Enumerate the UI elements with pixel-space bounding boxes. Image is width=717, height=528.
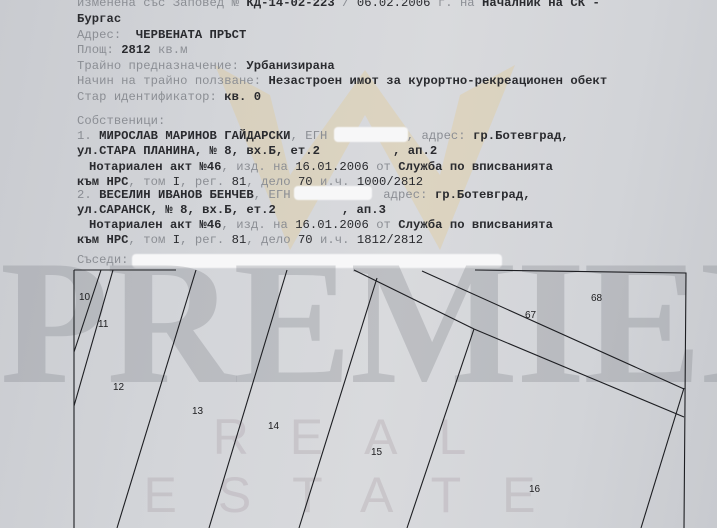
parcel-label-13: 13 <box>192 406 204 417</box>
cadastral-sketch: 10 11 12 13 14 15 16 67 68 <box>0 0 717 528</box>
parcel-label-14: 14 <box>268 421 280 432</box>
parcel-label-15: 15 <box>371 447 383 458</box>
cadastral-document: изменена със Заповед № КД-14-02-223 / 06… <box>0 0 717 528</box>
parcel-label-10: 10 <box>79 292 91 303</box>
parcel-label-68: 68 <box>591 293 603 304</box>
parcel-label-16: 16 <box>529 484 541 495</box>
parcel-label-67: 67 <box>525 310 537 321</box>
parcel-label-11: 11 <box>98 319 109 330</box>
parcel-label-12: 12 <box>113 382 125 393</box>
